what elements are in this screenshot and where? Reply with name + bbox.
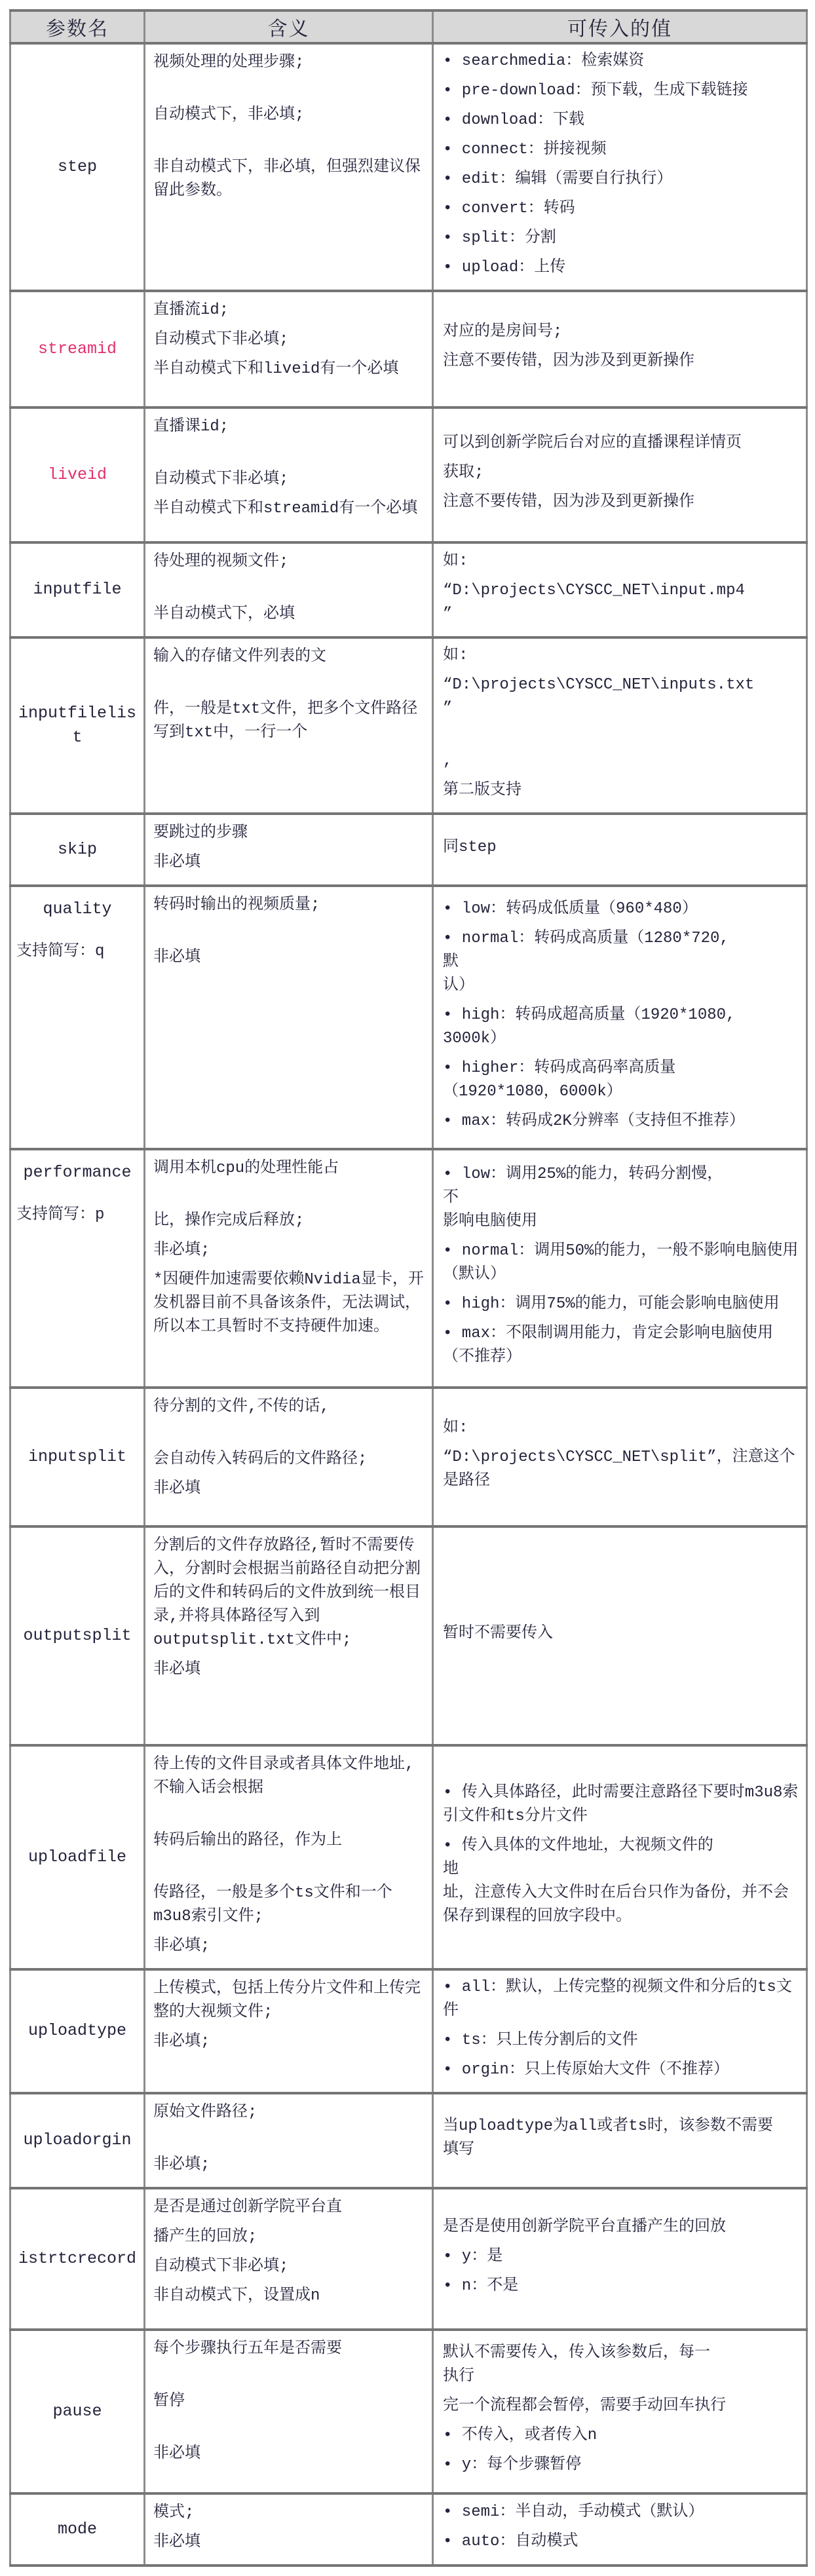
param-name: inputsplit bbox=[28, 1447, 126, 1466]
param-cell: inputsplit bbox=[10, 1388, 145, 1526]
paragraph: 非必填 bbox=[153, 2442, 425, 2466]
param-cell: streamid bbox=[10, 291, 145, 407]
paragraph: 暂时不需要传入 bbox=[443, 1622, 801, 1646]
meaning-cell: 视频处理的处理步骤;自动模式下，非必填;非自动模式下，非必填，但强烈建议保留此参… bbox=[145, 43, 433, 291]
paragraph: 每个步骤执行五年是否需要 bbox=[153, 2338, 425, 2361]
param-cell: skip bbox=[10, 814, 145, 886]
paragraph: 原始文件路径; bbox=[153, 2101, 425, 2125]
values-cell: 同step bbox=[433, 814, 807, 886]
param-name: inputfile bbox=[33, 580, 121, 599]
param-cell: uploadtype bbox=[10, 1969, 145, 2093]
values-cell: • all：默认，上传完整的视频文件和分后的ts文件• ts：只上传分割后的文件… bbox=[433, 1969, 807, 2093]
table-row: streamid 直播流id;自动模式下非必填;半自动模式下和liveid有一个… bbox=[10, 291, 807, 407]
paragraph: 转码时输出的视频质量; bbox=[153, 894, 425, 917]
paragraph: 要跳过的步骤 bbox=[153, 822, 425, 845]
paragraph: • semi：半自动，手动模式（默认） bbox=[443, 2501, 801, 2524]
values-cell: • searchmedia：检索媒资• pre-download：预下载，生成下… bbox=[433, 43, 807, 291]
paragraph: • 传入具体路径，此时需要注意路径下要时m3u8索引文件和ts分片文件 bbox=[443, 1781, 801, 1828]
paragraph-spacer bbox=[153, 675, 425, 692]
values-cell: 默认不需要传入，传入该参数后，每一 执行完一个流程都会暂停，需要手动回车执行• … bbox=[433, 2330, 807, 2493]
param-name: mode bbox=[58, 2520, 97, 2539]
param-name: streamid bbox=[38, 339, 117, 358]
paragraph: 非必填 bbox=[153, 851, 425, 875]
page: 参数名 含义 可传入的值 step 视频处理的处理步骤;自动模式下，非必填;非自… bbox=[0, 0, 815, 2576]
param-name: uploadorgin bbox=[23, 2131, 131, 2150]
paragraph: • max：不限制调用能力，肯定会影响电脑使用（不推荐） bbox=[443, 1322, 801, 1369]
paragraph: 件，一般是txt文件，把多个文件路径写到txt中，一行一个 bbox=[153, 698, 425, 745]
paragraph-spacer bbox=[153, 923, 425, 940]
paragraph: 非必填 bbox=[153, 1477, 425, 1501]
paragraph: • low：转码成低质量（960*480） bbox=[443, 898, 801, 921]
table-row: uploadorgin 原始文件路径;非必填; 当uploadtype为all或… bbox=[10, 2093, 807, 2188]
param-cell: uploadorgin bbox=[10, 2093, 145, 2188]
table-row: skip 要跳过的步骤非必填 同step bbox=[10, 814, 807, 886]
paragraph: 默认不需要传入，传入该参数后，每一 执行 bbox=[443, 2341, 801, 2389]
paragraph: 非必填 bbox=[153, 946, 425, 970]
paragraph: 转码后输出的路径，作为上 bbox=[153, 1829, 425, 1853]
param-name: istrtcrecord bbox=[18, 2249, 136, 2268]
paragraph: 自动模式下，非必填; bbox=[153, 104, 425, 127]
paragraph: • higher：转码成高码率高质量 （1920*1080，6000k） bbox=[443, 1057, 801, 1104]
paragraph: 是否是通过创新学院平台直 bbox=[153, 2196, 425, 2220]
param-name: skip bbox=[58, 840, 97, 859]
header-row: 参数名 含义 可传入的值 bbox=[10, 10, 807, 43]
paragraph: 非自动模式下，设置成n bbox=[153, 2284, 425, 2308]
param-name: uploadfile bbox=[28, 1847, 126, 1866]
paragraph: • ts：只上传分割后的文件 bbox=[443, 2029, 801, 2053]
table-row: pause 每个步骤执行五年是否需要暂停非必填 默认不需要传入，传入该参数后，每… bbox=[10, 2330, 807, 2493]
paragraph: 比，操作完成后释放; bbox=[153, 1209, 425, 1233]
values-cell: • low：转码成低质量（960*480）• normal：转码成高质量（128… bbox=[433, 886, 807, 1149]
values-cell: 如:“D:\projects\CYSCC_NET\input.mp4 ” bbox=[433, 542, 807, 637]
values-cell: • semi：半自动，手动模式（默认）• auto：自动模式 bbox=[433, 2493, 807, 2566]
paragraph: 如: bbox=[443, 1416, 801, 1440]
table-row: outputsplit 分割后的文件存放路径,暂时不需要传入，分割时会根据当前路… bbox=[10, 1526, 807, 1745]
paragraph: 播产生的回放; bbox=[153, 2226, 425, 2249]
table-header: 参数名 含义 可传入的值 bbox=[10, 10, 807, 43]
values-cell: 如:“D:\projects\CYSCC_NET\split”，注意这个是路径 bbox=[433, 1388, 807, 1526]
paragraph: • normal：调用50%的能力，一般不影响电脑使用（默认） bbox=[443, 1240, 801, 1287]
param-table-body: step 视频处理的处理步骤;自动模式下，非必填;非自动模式下，非必填，但强烈建… bbox=[10, 43, 807, 2566]
meaning-cell: 分割后的文件存放路径,暂时不需要传入，分割时会根据当前路径自动把分割后的文件和转… bbox=[145, 1526, 433, 1745]
param-cell: inputfile bbox=[10, 542, 145, 637]
paragraph-spacer bbox=[153, 1806, 425, 1823]
paragraph: • high：调用75%的能力，可能会影响电脑使用 bbox=[443, 1293, 801, 1316]
values-cell: 是否是使用创新学院平台直播产生的回放• y：是• n：不是 bbox=[433, 2188, 807, 2330]
values-cell: 对应的是房间号;注意不要传错，因为涉及到更新操作 bbox=[433, 291, 807, 407]
param-name: pause bbox=[52, 2402, 102, 2421]
paragraph-spacer bbox=[153, 445, 425, 462]
param-cell: uploadfile bbox=[10, 1745, 145, 1969]
paragraph: • y：是 bbox=[443, 2245, 801, 2269]
table-row: uploadfile 待上传的文件目录或者具体文件地址,不输入话会根据转码后输出… bbox=[10, 1745, 807, 1969]
meaning-cell: 待上传的文件目录或者具体文件地址,不输入话会根据转码后输出的路径，作为上传路径，… bbox=[145, 1745, 433, 1969]
param-name: liveid bbox=[48, 465, 107, 484]
table-row: istrtcrecord 是否是通过创新学院平台直播产生的回放;自动模式下非必填… bbox=[10, 2188, 807, 2330]
paragraph: • download：下载 bbox=[443, 109, 801, 132]
meaning-cell: 每个步骤执行五年是否需要暂停非必填 bbox=[145, 2330, 433, 2493]
paragraph-spacer bbox=[443, 727, 801, 744]
meaning-cell: 待分割的文件,不传的话,会自动传入转码后的文件路径;非必填 bbox=[145, 1388, 433, 1526]
table-row: inputsplit 待分割的文件,不传的话,会自动传入转码后的文件路径;非必填… bbox=[10, 1388, 807, 1526]
meaning-cell: 要跳过的步骤非必填 bbox=[145, 814, 433, 886]
paragraph: 待分割的文件,不传的话, bbox=[153, 1395, 425, 1419]
table-row: mode 模式;非必填 • semi：半自动，手动模式（默认）• auto：自动… bbox=[10, 2493, 807, 2566]
param-name: performance bbox=[23, 1163, 131, 1182]
meaning-cell: 调用本机cpu的处理性能占比，操作完成后释放;非必填;*因硬件加速需要依赖Nvi… bbox=[145, 1149, 433, 1388]
paragraph: • upload：上传 bbox=[443, 256, 801, 280]
values-cell: 可以到创新学院后台对应的直播课程详情页获取;注意不要传错，因为涉及到更新操作 bbox=[433, 407, 807, 542]
paragraph: 如: bbox=[443, 550, 801, 573]
meaning-cell: 输入的存储文件列表的文件，一般是txt文件，把多个文件路径写到txt中，一行一个 bbox=[145, 637, 433, 814]
paragraph: • n：不是 bbox=[443, 2275, 801, 2298]
paragraph: 可以到创新学院后台对应的直播课程详情页 bbox=[443, 432, 801, 455]
paragraph: 非必填 bbox=[153, 2531, 425, 2554]
param-cell: liveid bbox=[10, 407, 145, 542]
header-param-name: 参数名 bbox=[10, 10, 145, 43]
paragraph: 调用本机cpu的处理性能占 bbox=[153, 1157, 425, 1181]
param-cell: mode bbox=[10, 2493, 145, 2566]
paragraph: • all：默认，上传完整的视频文件和分后的ts文件 bbox=[443, 1976, 801, 2023]
paragraph-spacer bbox=[153, 133, 425, 150]
paragraph: 对应的是房间号; bbox=[443, 320, 801, 344]
paragraph: 会自动传入转码后的文件路径; bbox=[153, 1448, 425, 1471]
param-shorthand: 支持简写：q bbox=[16, 941, 138, 964]
table-row: uploadtype 上传模式，包括上传分片文件和上传完整的大视频文件;非必填;… bbox=[10, 1969, 807, 2093]
paragraph: 自动模式下非必填; bbox=[153, 2255, 425, 2279]
paragraph: 自动模式下非必填; bbox=[153, 468, 425, 491]
paragraph: 非必填 bbox=[153, 1658, 425, 1682]
meaning-cell: 直播课id;自动模式下非必填;半自动模式下和streamid有一个必填 bbox=[145, 407, 433, 542]
paragraph: 第二版支持 bbox=[443, 779, 801, 803]
paragraph-spacer bbox=[153, 2131, 425, 2148]
table-row: quality 支持简写：q 转码时输出的视频质量;非必填 • low：转码成低… bbox=[10, 886, 807, 1149]
paragraph: 传路径，一般是多个ts文件和一个m3u8索引文件; bbox=[153, 1882, 425, 1929]
paragraph: • normal：转码成高质量（1280*720, 默 认） bbox=[443, 927, 801, 998]
param-name: outputsplit bbox=[23, 1626, 131, 1645]
paragraph: • split：分割 bbox=[443, 227, 801, 250]
paragraph: 自动模式下非必填; bbox=[153, 328, 425, 352]
meaning-cell: 转码时输出的视频质量;非必填 bbox=[145, 886, 433, 1149]
param-shorthand: 支持简写：p bbox=[16, 1204, 138, 1227]
paragraph: 是否是使用创新学院平台直播产生的回放 bbox=[443, 2216, 801, 2239]
values-cell: 当uploadtype为all或者ts时，该参数不需要 填写 bbox=[433, 2093, 807, 2188]
paragraph: • high：转码成超高质量（1920*1080, 3000k） bbox=[443, 1004, 801, 1051]
meaning-cell: 直播流id;自动模式下非必填;半自动模式下和liveid有一个必填 bbox=[145, 291, 433, 407]
paragraph: • orgin：只上传原始大文件（不推荐） bbox=[443, 2058, 801, 2082]
paragraph: 注意不要传错，因为涉及到更新操作 bbox=[443, 350, 801, 373]
paragraph: 上传模式，包括上传分片文件和上传完整的大视频文件; bbox=[153, 1977, 425, 2024]
meaning-cell: 待处理的视频文件;半自动模式下，必填 bbox=[145, 542, 433, 637]
paragraph: • max：转码成2K分辨率（支持但不推荐） bbox=[443, 1110, 801, 1133]
paragraph: • y：每个步骤暂停 bbox=[443, 2453, 801, 2477]
paragraph: 当uploadtype为all或者ts时，该参数不需要 填写 bbox=[443, 2115, 801, 2162]
paragraph: • searchmedia：检索媒资 bbox=[443, 50, 801, 73]
paragraph: 非自动模式下，非必填，但强烈建议保留此参数。 bbox=[153, 156, 425, 203]
paragraph: • edit：编辑（需要自行执行） bbox=[443, 168, 801, 191]
table-row: performance 支持简写：p 调用本机cpu的处理性能占比，操作完成后释… bbox=[10, 1149, 807, 1388]
paragraph: • 不传入，或者传入n bbox=[443, 2424, 801, 2448]
paragraph: 半自动模式下，必填 bbox=[153, 603, 425, 626]
param-cell: inputfilelist bbox=[10, 637, 145, 814]
paragraph-spacer bbox=[153, 81, 425, 98]
paragraph: 完一个流程都会暂停，需要手动回车执行 bbox=[443, 2395, 801, 2418]
values-cell: • 传入具体路径，此时需要注意路径下要时m3u8索引文件和ts分片文件• 传入具… bbox=[433, 1745, 807, 1969]
paragraph: , bbox=[443, 749, 801, 773]
paragraph: 模式; bbox=[153, 2501, 425, 2525]
paragraph: 输入的存储文件列表的文 bbox=[153, 645, 425, 669]
paragraph: 分割后的文件存放路径,暂时不需要传入，分割时会根据当前路径自动把分割后的文件和转… bbox=[153, 1534, 425, 1652]
paragraph: • low：调用25%的能力，转码分割慢， 不 影响电脑使用 bbox=[443, 1163, 801, 1234]
param-name: inputfilelist bbox=[18, 704, 136, 746]
header-meaning: 含义 bbox=[145, 10, 433, 43]
paragraph: 获取; bbox=[443, 461, 801, 485]
paragraph: 半自动模式下和streamid有一个必填 bbox=[153, 497, 425, 521]
table-row: liveid 直播课id;自动模式下非必填;半自动模式下和streamid有一个… bbox=[10, 407, 807, 542]
table-row: inputfilelist 输入的存储文件列表的文件，一般是txt文件，把多个文… bbox=[10, 637, 807, 814]
values-cell: 暂时不需要传入 bbox=[433, 1526, 807, 1745]
param-cell: quality 支持简写：q bbox=[10, 886, 145, 1149]
param-cell: step bbox=[10, 43, 145, 291]
table-row: step 视频处理的处理步骤;自动模式下，非必填;非自动模式下，非必填，但强烈建… bbox=[10, 43, 807, 291]
meaning-cell: 上传模式，包括上传分片文件和上传完整的大视频文件;非必填; bbox=[145, 1969, 433, 2093]
values-cell: 如:“D:\projects\CYSCC_NET\inputs.txt ”,第二… bbox=[433, 637, 807, 814]
paragraph: 视频处理的处理步骤; bbox=[153, 51, 425, 75]
paragraph: 非必填; bbox=[153, 1239, 425, 1262]
paragraph: • 传入具体的文件地址，大视频文件的 地 址，注意传入大文件时在后台只作为备份，… bbox=[443, 1834, 801, 1929]
meaning-cell: 原始文件路径;非必填; bbox=[145, 2093, 433, 2188]
paragraph: *因硬件加速需要依赖Nvidia显卡，开发机器目前不具备该条件，无法调试，所以本… bbox=[153, 1268, 425, 1339]
paragraph-spacer bbox=[153, 580, 425, 597]
paragraph: “D:\projects\CYSCC_NET\input.mp4 ” bbox=[443, 579, 801, 626]
param-name: quality bbox=[43, 900, 111, 919]
paragraph: • connect：拼接视频 bbox=[443, 138, 801, 162]
paragraph: 非必填; bbox=[153, 2030, 425, 2054]
param-cell: outputsplit bbox=[10, 1526, 145, 1745]
paragraph: 同step bbox=[443, 836, 801, 860]
header-allowed-values: 可传入的值 bbox=[433, 10, 807, 43]
paragraph: 非必填; bbox=[153, 2153, 425, 2177]
paragraph: 注意不要传错，因为涉及到更新操作 bbox=[443, 491, 801, 514]
paragraph-spacer bbox=[153, 2367, 425, 2384]
paragraph: 直播课id; bbox=[153, 415, 425, 439]
paragraph: • auto：自动模式 bbox=[443, 2530, 801, 2554]
parameter-table: 参数名 含义 可传入的值 step 视频处理的处理步骤;自动模式下，非必填;非自… bbox=[9, 9, 808, 2567]
param-cell: pause bbox=[10, 2330, 145, 2493]
param-cell: istrtcrecord bbox=[10, 2188, 145, 2330]
param-cell: performance 支持简写：p bbox=[10, 1149, 145, 1388]
paragraph: 如: bbox=[443, 644, 801, 668]
paragraph-spacer bbox=[153, 1425, 425, 1442]
meaning-cell: 是否是通过创新学院平台直播产生的回放;自动模式下非必填;非自动模式下，设置成n bbox=[145, 2188, 433, 2330]
paragraph-spacer bbox=[153, 2419, 425, 2436]
paragraph-spacer bbox=[153, 1859, 425, 1876]
paragraph: 直播流id; bbox=[153, 299, 425, 322]
param-name: uploadtype bbox=[28, 2021, 126, 2040]
table-row: inputfile 待处理的视频文件;半自动模式下，必填 如:“D:\proje… bbox=[10, 542, 807, 637]
paragraph: • convert：转码 bbox=[443, 197, 801, 221]
paragraph: • pre-download：预下载，生成下载链接 bbox=[443, 79, 801, 103]
paragraph: “D:\projects\CYSCC_NET\inputs.txt ” bbox=[443, 673, 801, 721]
meaning-cell: 模式;非必填 bbox=[145, 2493, 433, 2566]
paragraph: 暂停 bbox=[153, 2390, 425, 2414]
paragraph: 待上传的文件目录或者具体文件地址,不输入话会根据 bbox=[153, 1753, 425, 1800]
paragraph: 非必填; bbox=[153, 1935, 425, 1958]
paragraph: 半自动模式下和liveid有一个必填 bbox=[153, 358, 425, 381]
paragraph: “D:\projects\CYSCC_NET\split”，注意这个是路径 bbox=[443, 1446, 801, 1493]
param-name: step bbox=[58, 157, 97, 176]
paragraph-spacer bbox=[153, 1186, 425, 1203]
values-cell: • low：调用25%的能力，转码分割慢， 不 影响电脑使用• normal：调… bbox=[433, 1149, 807, 1388]
paragraph: 待处理的视频文件; bbox=[153, 550, 425, 574]
